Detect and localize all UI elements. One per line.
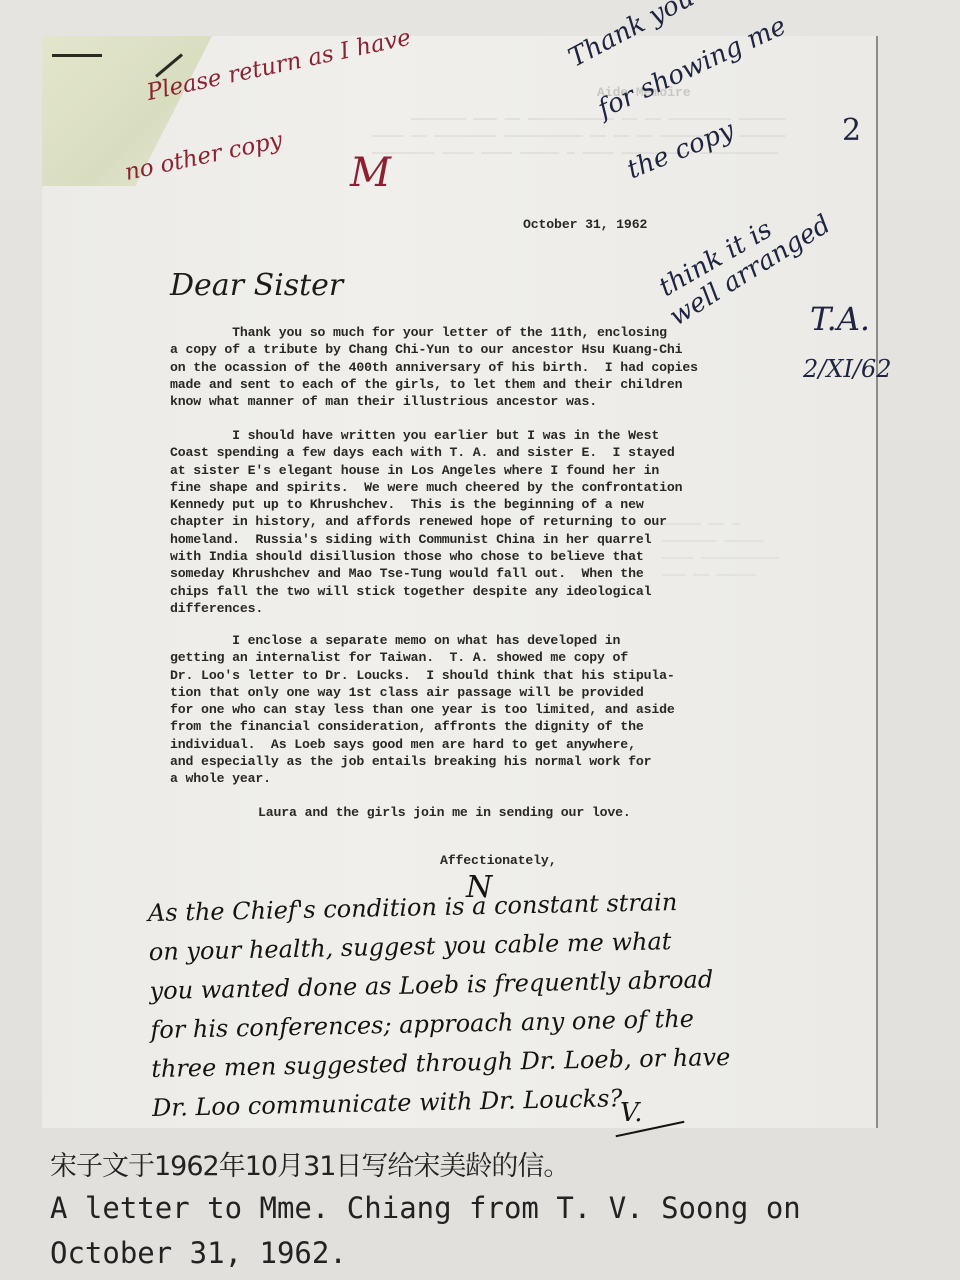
closing-line: Laura and the girls join me in sending o… <box>258 804 631 821</box>
paragraph-1: Thank you so much for your letter of the… <box>170 324 698 410</box>
blue-initials: T.A. <box>810 300 870 338</box>
red-initials: M <box>350 150 391 196</box>
valediction: Affectionately, <box>440 852 556 869</box>
handwritten-postscript: As the Chief's condition is a constant s… <box>148 882 732 1128</box>
caption-chinese: 宋子文于1962年10月31日写给宋美龄的信。 <box>50 1144 569 1183</box>
page-number: 2 <box>842 113 861 148</box>
paragraph-3: I enclose a separate memo on what has de… <box>170 632 675 788</box>
tape-dash-mark <box>52 54 102 57</box>
caption-english-line2: October 31, 1962. <box>50 1236 347 1270</box>
letter-date: October 31, 1962 <box>523 216 647 233</box>
caption-english-line1: A letter to Mme. Chiang from T. V. Soong… <box>50 1191 801 1225</box>
blue-date: 2/XI/62 <box>803 355 892 383</box>
paragraph-2: I should have written you earlier but I … <box>170 427 682 617</box>
postscript-signature: V. <box>620 1098 643 1128</box>
salutation: Dear Sister <box>170 268 343 303</box>
